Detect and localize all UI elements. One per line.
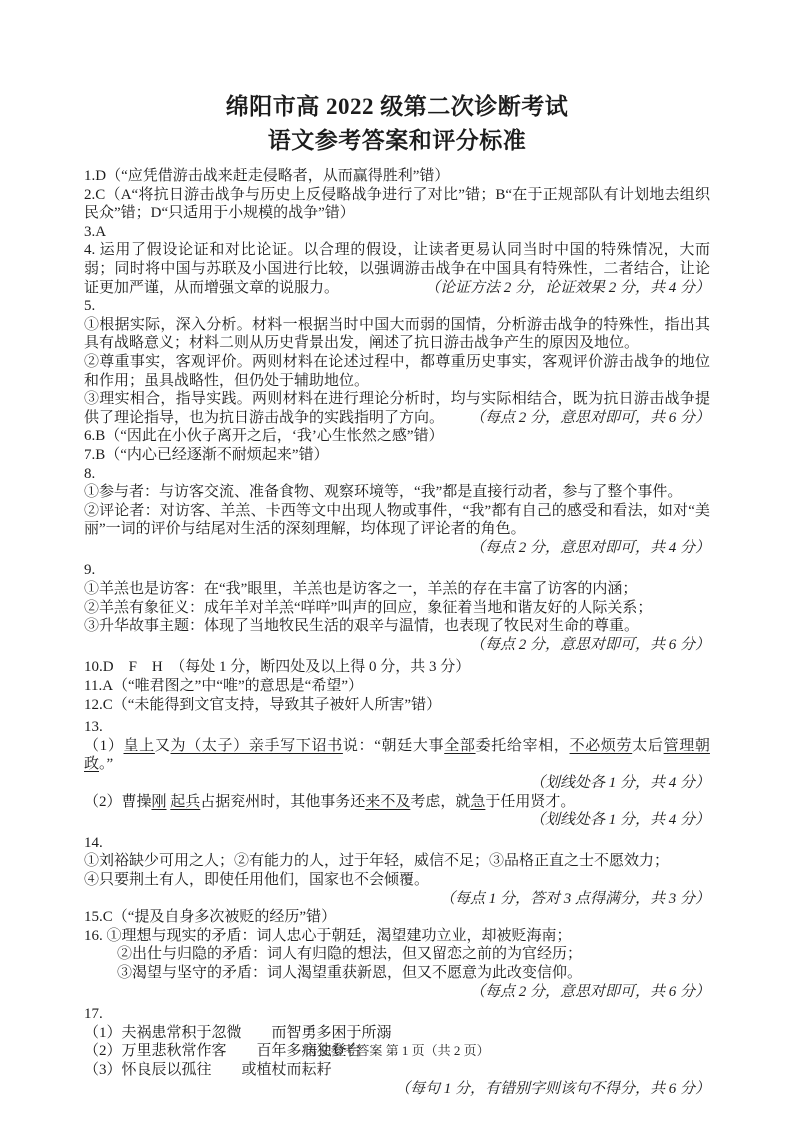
answer-q11: 11.A（“唯君图之”中“唯”的意思是“希望”） [84, 677, 710, 696]
answer-q16-point2: ②出仕与归隐的矛盾：词人有归隐的想法，但又留恋之前的为官经历； [84, 945, 710, 964]
answer-q7: 7.B（“内心已经逐渐不耐烦起来”错） [84, 446, 710, 465]
score-note-q17: （每句 1 分，有错别字则该句不得分，共 6 分） [84, 1080, 710, 1099]
answer-q8-point1: ①参与者：与访客交流、准备食物、观察环境等，“我”都是直接行动者，参与了整个事件… [84, 483, 710, 502]
score-note-q13-1: （划线处各 1 分，共 4 分） [84, 774, 710, 793]
answer-q14-point4: ④只要荆土有人，即使任用他们，国家也不会倾覆。 [84, 871, 710, 890]
doc-title-line1: 绵阳市高 2022 级第二次诊断考试 [84, 90, 710, 124]
answer-q3: 3.A [84, 223, 710, 242]
answer-q8-point2: ②评论者：对访客、羊羔、卡西等文中出现人物或事件，“我”都有自己的感受和看法，如… [84, 502, 710, 539]
answer-q13-sentence2: （2）曹操刚 起兵占据兖州时，其他事务还来不及考虑，就急于任用贤才。 [84, 793, 710, 812]
answer-q9-point3: ③升华故事主题：体现了当地牧民生活的艰辛与温情，也表现了牧民对生命的尊重。 [84, 617, 710, 636]
answer-q16-point1: 16. ①理想与现实的矛盾：词人忠心于朝廷，渴望建功立业，却被贬海南； [84, 927, 710, 946]
answer-q5-point3: ③理实相合，指导实践。两则材料在进行理论分析时，均与实际相结合，既为抗日游击战争… [84, 390, 710, 427]
answer-q12: 12.C（“未能得到文官支持，导致其子被奸人所害”错） [84, 696, 710, 715]
answer-q5-point2: ②尊重事实，客观评价。两则材料在论述过程中，都尊重历史事实，客观评价游击战争的地… [84, 353, 710, 390]
section-label-q14: 14. [84, 834, 710, 853]
answer-q17-line3: （3）怀良辰以孤往 或植杖而耘耔 [84, 1061, 710, 1080]
section-label-q13: 13. [84, 718, 710, 737]
score-note-q8: （每点 2 分，意思对即可，共 4 分） [84, 539, 710, 558]
answer-q15: 15.C（“提及自身多次被贬的经历”错） [84, 908, 710, 927]
score-note-q16: （每点 2 分，意思对即可，共 6 分） [84, 983, 710, 1002]
score-note-q9: （每点 2 分，意思对即可，共 6 分） [84, 636, 710, 655]
answer-q6: 6.B（“因此在小伙子离开之后，‘我’心生怅然之感”错） [84, 427, 710, 446]
answer-q9-point2: ②羊羔有象征义：成年羊对羊羔“咩咩”叫声的回应，象征着当地和谐友好的人际关系； [84, 599, 710, 618]
answer-q10: 10.D F H （每处 1 分，断四处及以上得 0 分，共 3 分） [84, 658, 710, 677]
score-note-q5: （每点 2 分，意思对即可，共 6 分） [470, 409, 710, 428]
section-label-q5: 5. [84, 297, 710, 316]
score-note-q14: （每点 1 分，答对 3 点得满分，共 3 分） [84, 890, 710, 909]
answer-q4: 4. 运用了假设论证和对比论证。以合理的假设，让读者更易认同当时中国的特殊情况，… [84, 241, 710, 297]
answer-q2: 2.C（A“将抗日游击战争与历史上反侵略战争进行了对比”错；B“在于正规部队有计… [84, 186, 710, 223]
section-label-q8: 8. [84, 465, 710, 484]
doc-title-line2: 语文参考答案和评分标准 [84, 124, 710, 158]
answer-q1: 1.D（“应凭借游击战来赶走侵略者，从而赢得胜利”错） [84, 167, 710, 186]
answer-q14-points123: ①刘裕缺少可用之人；②有能力的人，过于年轻，威信不足；③品格正直之士不愿效力； [84, 852, 710, 871]
page-footer: 语文参考答案 第 1 页（共 2 页） [0, 1040, 794, 1059]
answers-content: 1.D（“应凭借游击战来赶走侵略者，从而赢得胜利”错） 2.C（A“将抗日游击战… [84, 167, 710, 1098]
answer-q5-point1: ①根据实际，深入分析。材料一根据当时中国大而弱的国情，分析游击战争的特殊性，指出… [84, 316, 710, 353]
score-note-q4: （论证方法 2 分，论证效果 2 分，共 4 分） [425, 279, 710, 298]
page-footer-text: 语文参考答案 第 1 页（共 2 页） [304, 1043, 489, 1058]
section-label-q9: 9. [84, 561, 710, 580]
score-note-q13-2: （划线处各 1 分，共 4 分） [84, 811, 710, 830]
answer-q16-point3: ③渴望与坚守的矛盾：词人渴望重获新恩，但又不愿意为此改变信仰。 [84, 964, 710, 983]
document-page: 绵阳市高 2022 级第二次诊断考试 语文参考答案和评分标准 1.D（“应凭借游… [0, 0, 794, 1123]
answer-q13-sentence1: （1）皇上又为（太子）亲手写下诏书说：“朝廷大事全部委托给宰相，不必烦劳太后管理… [84, 737, 710, 774]
section-label-q17: 17. [84, 1005, 710, 1024]
answer-q9-point1: ①羊羔也是访客：在“我”眼里，羊羔也是访客之一，羊羔的存在丰富了访客的内涵； [84, 580, 710, 599]
